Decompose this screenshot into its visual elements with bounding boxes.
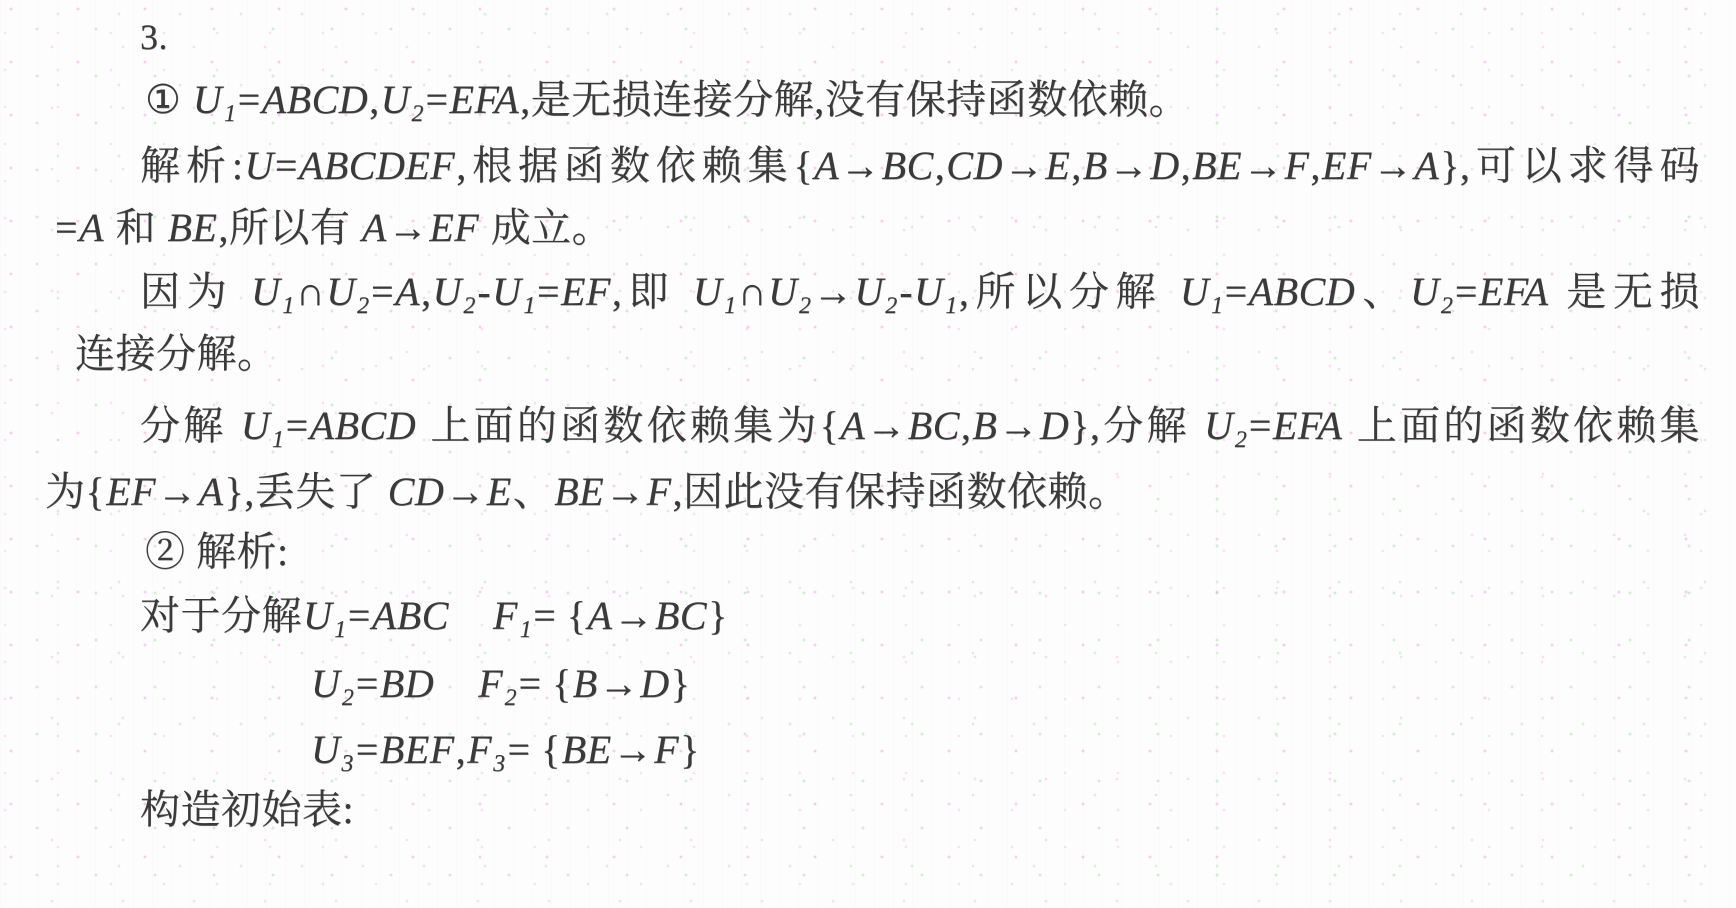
part1-analysis-line2: =A 和 BE,所以有 A→EF 成立。 — [55, 204, 612, 251]
part2-decomposition-u1: 对于分解U₁=ABC F₁= {A→BC} — [140, 592, 728, 639]
scanned-solution-page: 3. ① U₁=ABCD,U₂=EFA,是无损连接分解,没有保持函数依赖。 解析… — [0, 0, 1736, 908]
part2-heading: ② 解析: — [145, 528, 289, 575]
part1-conclusion: ① U₁=ABCD,U₂=EFA,是无损连接分解,没有保持函数依赖。 — [145, 76, 1189, 123]
part1-lossless-proof-line1: 因为 U₁∩U₂=A,U₂-U₁=EF,即 U₁∩U₂→U₂-U₁,所以分解 U… — [140, 268, 1700, 315]
part1-analysis-line1: 解析:U=ABCDEF,根据函数依赖集{A→BC,CD→E,B→D,BE→F,E… — [140, 142, 1700, 189]
construct-initial-table-label: 构造初始表: — [140, 786, 354, 833]
part1-lossless-proof-line2: 连接分解。 — [75, 330, 278, 377]
part2-decomposition-u3: U₃=BEF,F₃= {BE→F} — [310, 726, 700, 773]
part1-dependency-line1: 分解 U₁=ABCD 上面的函数依赖集为{A→BC,B→D},分解 U₂=EFA… — [140, 402, 1700, 449]
problem-number: 3. — [140, 16, 168, 58]
part2-decomposition-u2: U₂=BD F₂= {B→D} — [310, 660, 690, 707]
part1-dependency-line2: 为{EF→A},丢失了 CD→E、BE→F,因此没有保持函数依赖。 — [45, 468, 1129, 515]
